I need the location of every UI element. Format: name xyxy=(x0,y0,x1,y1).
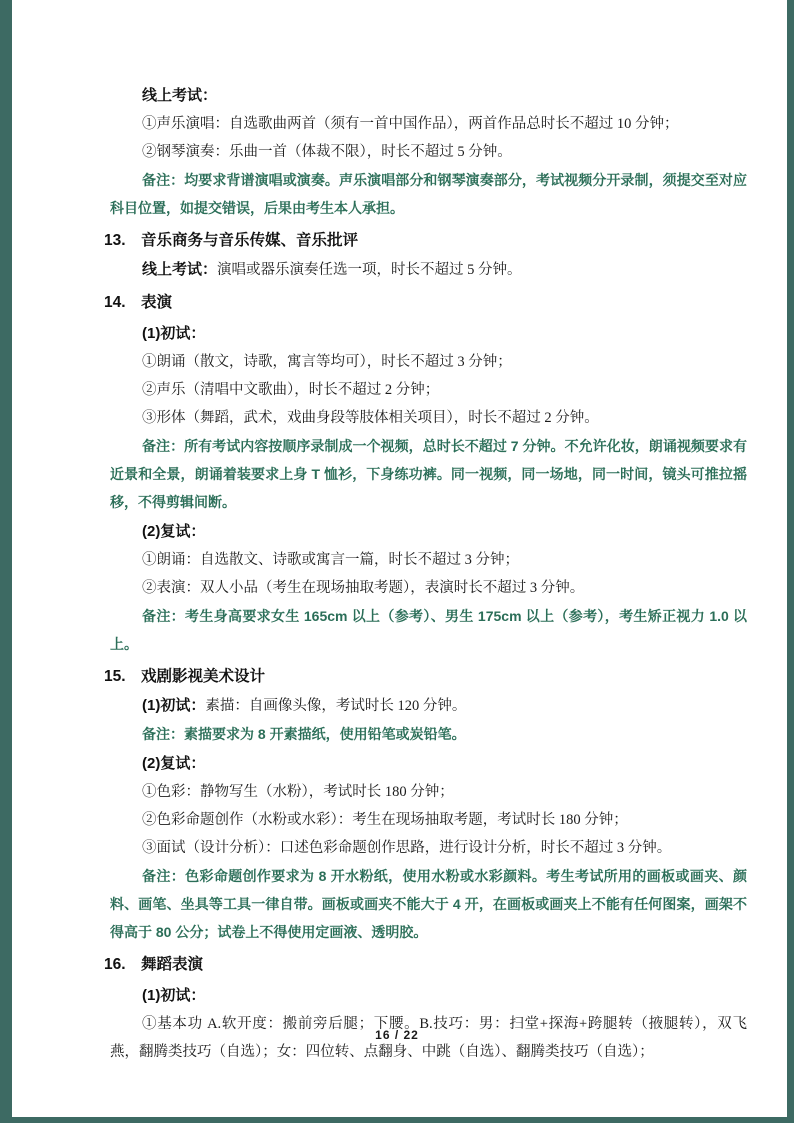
section-number: 16. xyxy=(104,950,141,980)
exam-line: (1)初试：素描：自画像头像，考试时长 120 分钟。 xyxy=(110,692,747,720)
subsection-heading-label: (1)初试： xyxy=(142,987,205,1004)
page-border-bottom xyxy=(0,1117,794,1123)
subsection-heading-label: 线上考试： xyxy=(142,261,217,278)
exam-item: ①朗诵：自选散文、诗歌或寓言一篇，时长不超过 3 分钟； xyxy=(110,546,747,574)
subsection-heading-label: (2)复试： xyxy=(142,755,205,772)
subsection-heading-second-round: (2)复试： xyxy=(110,750,747,778)
subsection-heading-label: (1)初试： xyxy=(142,697,205,714)
subsection-heading-second-round: (2)复试： xyxy=(110,518,747,546)
exam-item: ①朗诵（散文，诗歌，寓言等均可），时长不超过 3 分钟； xyxy=(110,348,747,376)
section-title: 舞蹈表演 xyxy=(141,956,203,973)
section-number: 14. xyxy=(104,288,141,318)
exam-item: ②钢琴演奏：乐曲一首（体裁不限），时长不超过 5 分钟。 xyxy=(110,138,747,166)
section-heading-13: 13.音乐商务与音乐传媒、音乐批评 xyxy=(104,226,747,256)
section-heading-16: 16.舞蹈表演 xyxy=(104,950,747,980)
subsection-heading-label: 线上考试： xyxy=(142,87,217,104)
section-heading-15: 15.戏剧影视美术设计 xyxy=(104,662,747,692)
subsection-heading-first-round: (1)初试： xyxy=(110,982,747,1010)
subsection-heading-first-round: (1)初试： xyxy=(110,320,747,348)
page-number: 16 / 22 xyxy=(0,1028,794,1042)
exam-item: ③形体（舞蹈，武术，戏曲身段等肢体相关项目），时长不超过 2 分钟。 xyxy=(110,404,747,432)
exam-item: ②声乐（清唱中文歌曲），时长不超过 2 分钟； xyxy=(110,376,747,404)
section-heading-14: 14.表演 xyxy=(104,288,747,318)
section-title: 戏剧影视美术设计 xyxy=(141,668,265,685)
document-body: 线上考试： ①声乐演唱：自选歌曲两首（须有一首中国作品），两首作品总时长不超过 … xyxy=(110,80,747,1066)
exam-item: ②表演：双人小品（考生在现场抽取考题），表演时长不超过 3 分钟。 xyxy=(110,574,747,602)
page-border-left xyxy=(0,0,12,1123)
exam-item: ①色彩：静物写生（水粉），考试时长 180 分钟； xyxy=(110,778,747,806)
exam-note: 备注：色彩命题创作要求为 8 开水粉纸，使用水粉或水彩颜料。考生考试所用的画板或… xyxy=(110,862,747,946)
subsection-heading-label: (2)复试： xyxy=(142,523,205,540)
exam-note: 备注：考生身高要求女生 165cm 以上（参考）、男生 175cm 以上（参考）… xyxy=(110,602,747,658)
section-number: 15. xyxy=(104,662,141,692)
exam-item: ①声乐演唱：自选歌曲两首（须有一首中国作品），两首作品总时长不超过 10 分钟； xyxy=(110,110,747,138)
exam-note: 备注：均要求背谱演唱或演奏。声乐演唱部分和钢琴演奏部分，考试视频分开录制，须提交… xyxy=(110,166,747,222)
exam-line-text: 素描：自画像头像，考试时长 120 分钟。 xyxy=(205,698,466,714)
section-title: 表演 xyxy=(141,294,172,311)
page-border-right xyxy=(787,0,794,1123)
exam-item: ②色彩命题创作（水粉或水彩）：考生在现场抽取考题，考试时长 180 分钟； xyxy=(110,806,747,834)
subsection-heading-online-exam: 线上考试： xyxy=(110,82,747,110)
subsection-heading-label: (1)初试： xyxy=(142,325,205,342)
document-page: 线上考试： ①声乐演唱：自选歌曲两首（须有一首中国作品），两首作品总时长不超过 … xyxy=(0,0,794,1123)
section-number: 13. xyxy=(104,226,141,256)
exam-note: 备注：所有考试内容按顺序录制成一个视频，总时长不超过 7 分钟。不允许化妆，朗诵… xyxy=(110,432,747,516)
exam-item: ③面试（设计分析）：口述色彩命题创作思路，进行设计分析，时长不超过 3 分钟。 xyxy=(110,834,747,862)
exam-note: 备注：素描要求为 8 开素描纸，使用铅笔或炭铅笔。 xyxy=(110,720,747,748)
exam-line: 线上考试：演唱或器乐演奏任选一项，时长不超过 5 分钟。 xyxy=(110,256,747,284)
exam-line-text: 演唱或器乐演奏任选一项，时长不超过 5 分钟。 xyxy=(217,262,522,278)
section-title: 音乐商务与音乐传媒、音乐批评 xyxy=(141,232,358,249)
